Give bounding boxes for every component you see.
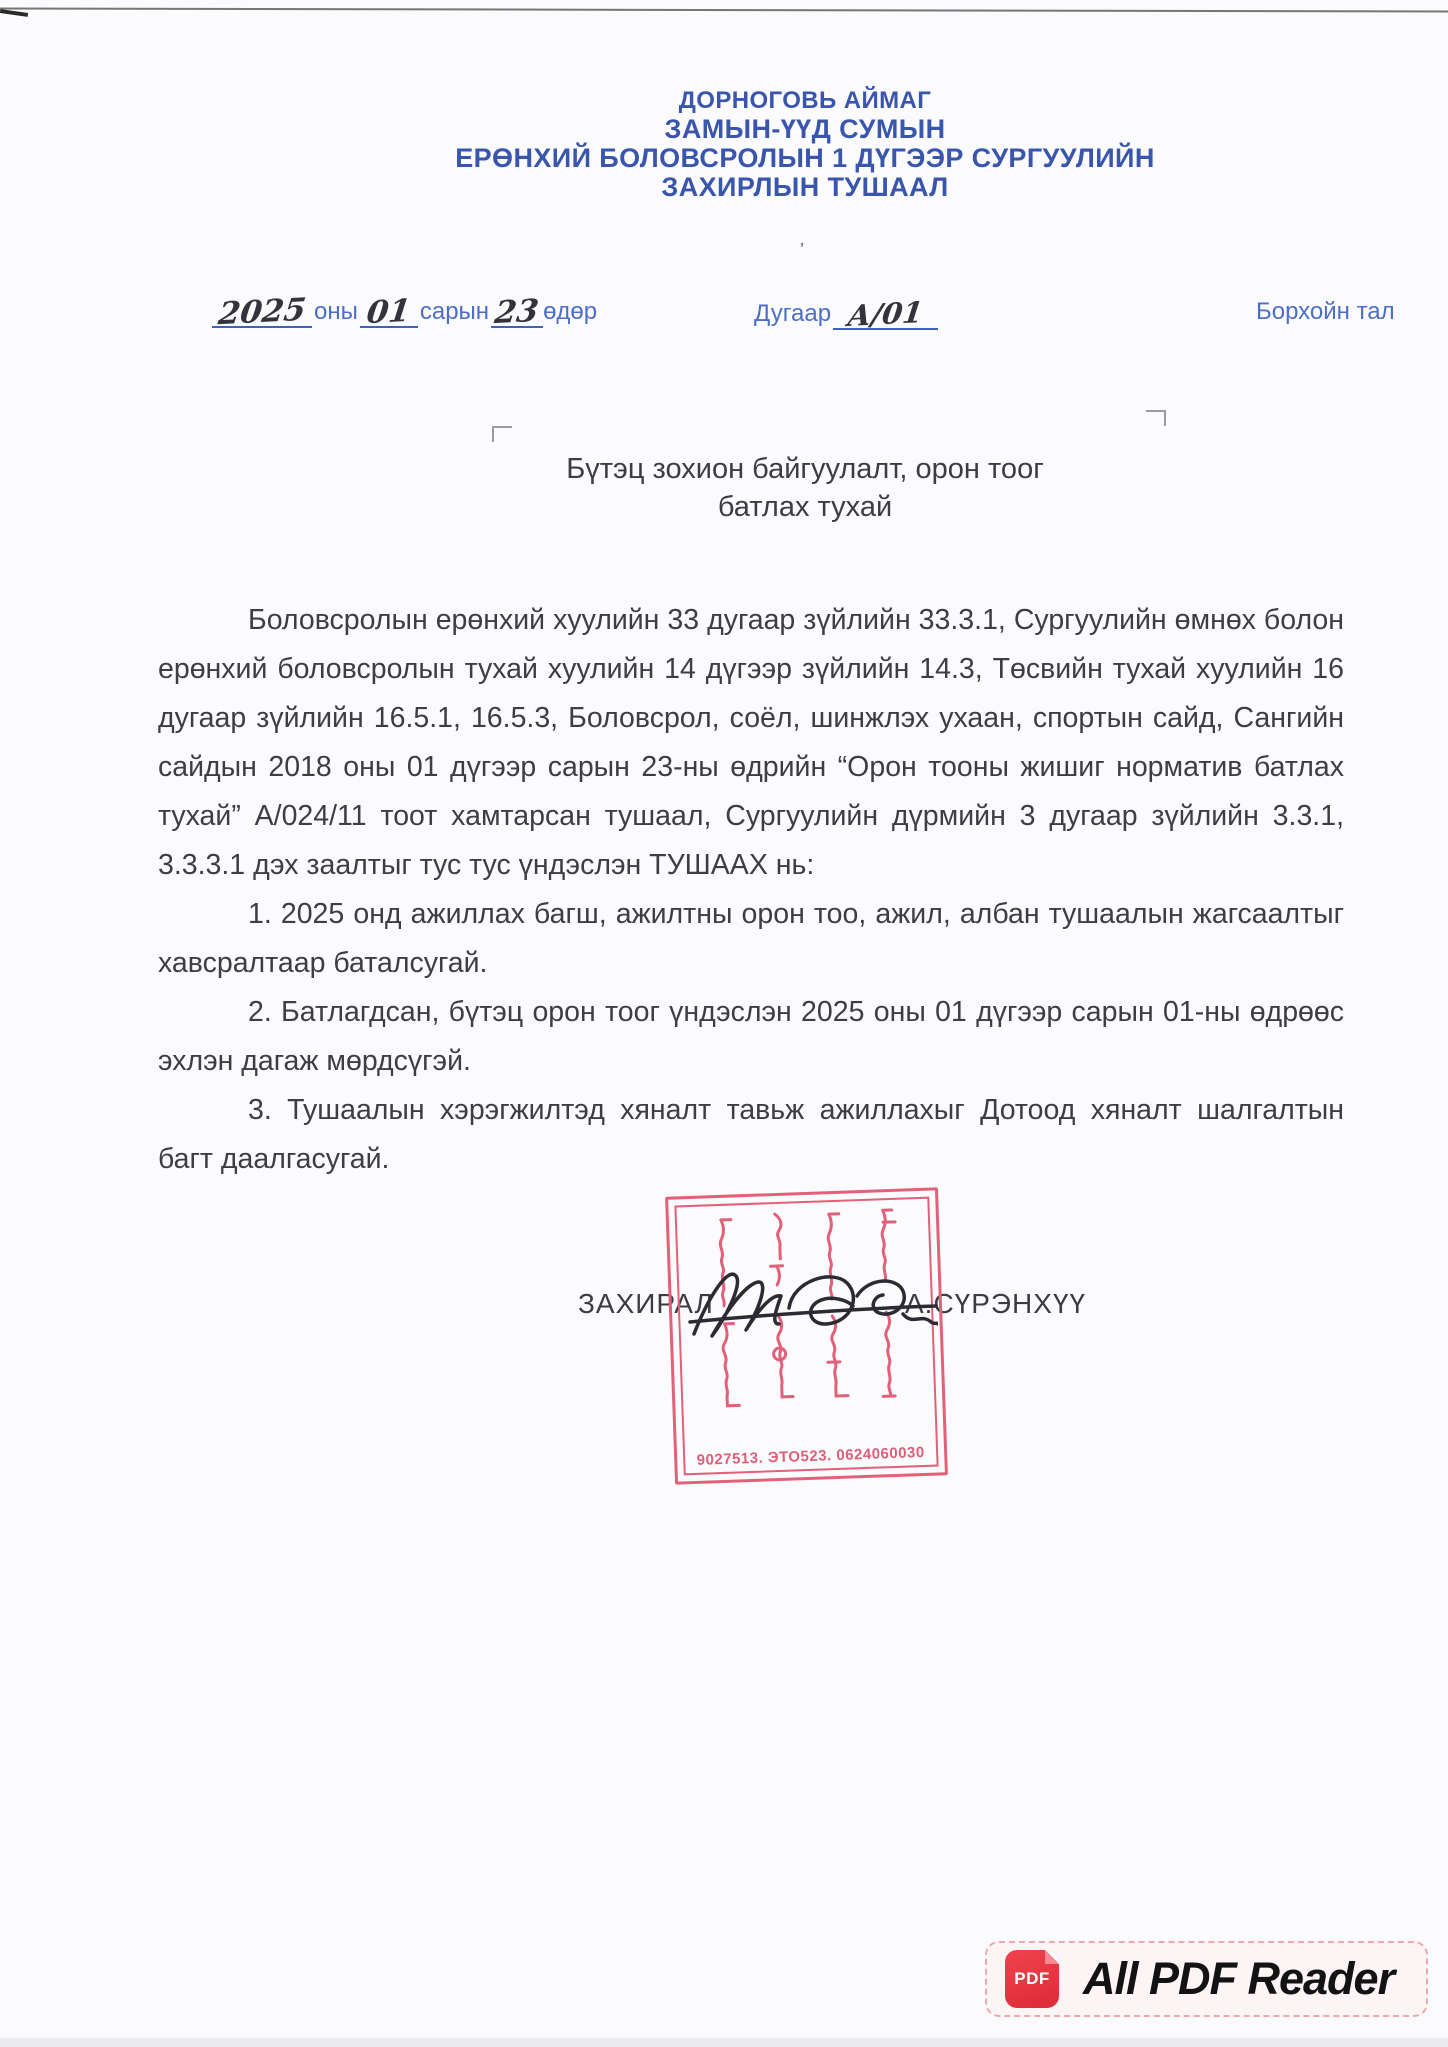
handwritten-month: 01 <box>365 296 412 328</box>
document-number: Дугаар А/01 <box>752 296 938 330</box>
preamble-paragraph: Боловсролын ерөнхий хуулийн 33 дугаар зү… <box>158 596 1344 890</box>
document-title-line1: Бүтэц зохион байгуулалт, орон тоог <box>120 450 1448 488</box>
place-name: Борхойн тал <box>1256 298 1395 326</box>
year-underline: 2025 <box>212 294 312 328</box>
pdf-icon-fold-shade <box>1045 1950 1059 1964</box>
scan-speck: ’ <box>800 240 804 261</box>
letterhead-school: ЕРӨНХИЙ БОЛОВСРОЛЫН 1 ДҮГЭЭР СУРГУУЛИЙН <box>120 144 1448 173</box>
scan-edge-tick <box>0 9 28 17</box>
order-item-2: 2. Батлагдсан, бүтэц орон тоог үндэслэн … <box>158 988 1344 1086</box>
order-item-3: 3. Тушаалын хэрэгжилтэд хяналт тавьж ажи… <box>158 1086 1344 1184</box>
scan-edge-line <box>0 7 1448 12</box>
letterhead-aimag: ДОРНОГОВЬ АЙМАГ <box>120 86 1448 115</box>
pdf-reader-watermark: PDF All PDF Reader <box>985 1941 1428 2017</box>
date-line: 2025 оны 01 сарын 23 өдөр <box>212 294 599 328</box>
letterhead-sum: ЗАМЫН-ҮҮД СУМЫН <box>120 115 1448 144</box>
document-title: Бүтэц зохион байгуулалт, орон тоог батла… <box>120 450 1448 526</box>
director-signature <box>688 1256 938 1351</box>
title-corner-mark-right <box>1146 410 1166 426</box>
day-underline: 23 <box>491 294 543 328</box>
handwritten-year: 2025 <box>217 295 308 329</box>
document-title-line2: батлах тухай <box>120 488 1448 526</box>
pdf-file-icon: PDF <box>1005 1950 1059 2008</box>
pdf-icon-label: PDF <box>1014 1969 1050 1989</box>
title-corner-mark-left <box>492 426 512 442</box>
scan-bottom-edge <box>0 2038 1448 2047</box>
number-label: Дугаар <box>754 300 831 330</box>
order-item-1: 1. 2025 онд ажиллах багш, ажилтны орон т… <box>158 890 1344 988</box>
year-label: оны <box>314 298 358 328</box>
pdf-reader-app-name: All PDF Reader <box>1083 1953 1394 2005</box>
order-body: Боловсролын ерөнхий хуулийн 33 дугаар зү… <box>158 596 1344 1184</box>
letterhead-order-type: ЗАХИРЛЫН ТУШААЛ <box>120 173 1448 202</box>
month-underline: 01 <box>360 294 418 328</box>
handwritten-day: 23 <box>493 296 540 328</box>
day-label: өдөр <box>543 298 597 328</box>
handwritten-number: А/01 <box>846 297 925 331</box>
letterhead: ДОРНОГОВЬ АЙМАГ ЗАМЫН-ҮҮД СУМЫН ЕРӨНХИЙ … <box>120 86 1448 202</box>
number-underline: А/01 <box>833 296 938 330</box>
month-label: сарын <box>420 298 489 328</box>
